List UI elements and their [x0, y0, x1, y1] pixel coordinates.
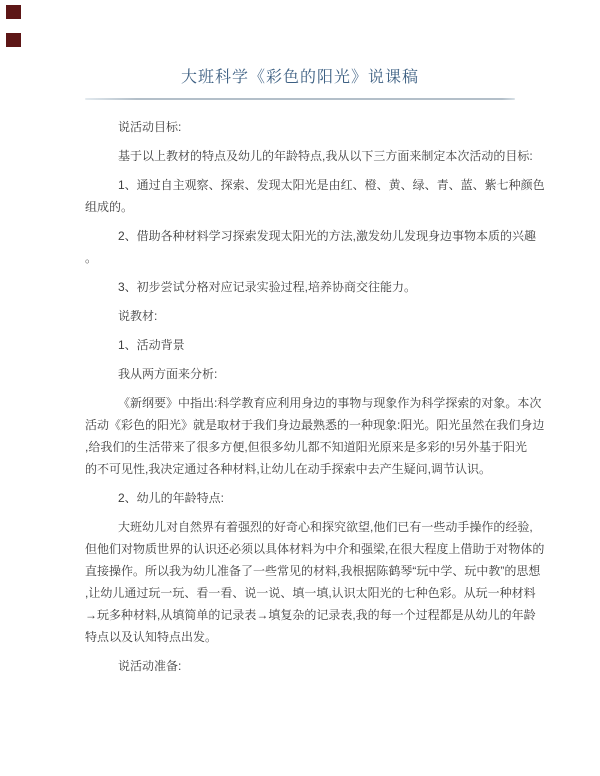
- corner-marker-bottom: [6, 33, 21, 47]
- paragraph-age-characteristics-body: 大班幼儿对自然界有着强烈的好奇心和探究欲望,他们已有一些动手操作的经验, 但他们…: [85, 516, 565, 648]
- paragraph-age-characteristics-heading: 2、幼儿的年龄特点:: [85, 487, 565, 509]
- document-page: 大班科学《彩色的阳光》说课稿 说活动目标: 基于以上教材的特点及幼儿的年龄特点,…: [0, 0, 600, 776]
- page-title: 大班科学《彩色的阳光》说课稿: [0, 0, 600, 86]
- paragraph-goal-1: 1、通过自主观察、探索、发现太阳光是由红、橙、黄、绿、青、蓝、紫七种颜色 组成的…: [85, 174, 565, 218]
- paragraph-activity-preparation-heading: 说活动准备:: [85, 655, 565, 677]
- title-divider: [85, 98, 515, 100]
- paragraph-goal-2: 2、借助各种材料学习探索发现太阳光的方法,激发幼儿发现身边事物本质的兴趣 。: [85, 225, 565, 269]
- paragraph-activity-goals-heading: 说活动目标:: [85, 116, 565, 138]
- corner-marker-top: [6, 5, 21, 19]
- paragraph-teaching-material-heading: 说教材:: [85, 305, 565, 327]
- paragraph-new-outline: 《新纲要》中指出:科学教育应利用身边的事物与现象作为科学探索的对象。本次 活动《…: [85, 392, 565, 480]
- paragraph-goals-intro: 基于以上教材的特点及幼儿的年龄特点,我从以下三方面来制定本次活动的目标:: [85, 145, 565, 167]
- paragraph-activity-background-heading: 1、活动背景: [85, 334, 565, 356]
- paragraph-goal-3: 3、初步尝试分格对应记录实验过程,培养协商交往能力。: [85, 276, 565, 298]
- paragraph-analysis-intro: 我从两方面来分析:: [85, 363, 565, 385]
- document-body: 说活动目标: 基于以上教材的特点及幼儿的年龄特点,我从以下三方面来制定本次活动的…: [85, 116, 565, 677]
